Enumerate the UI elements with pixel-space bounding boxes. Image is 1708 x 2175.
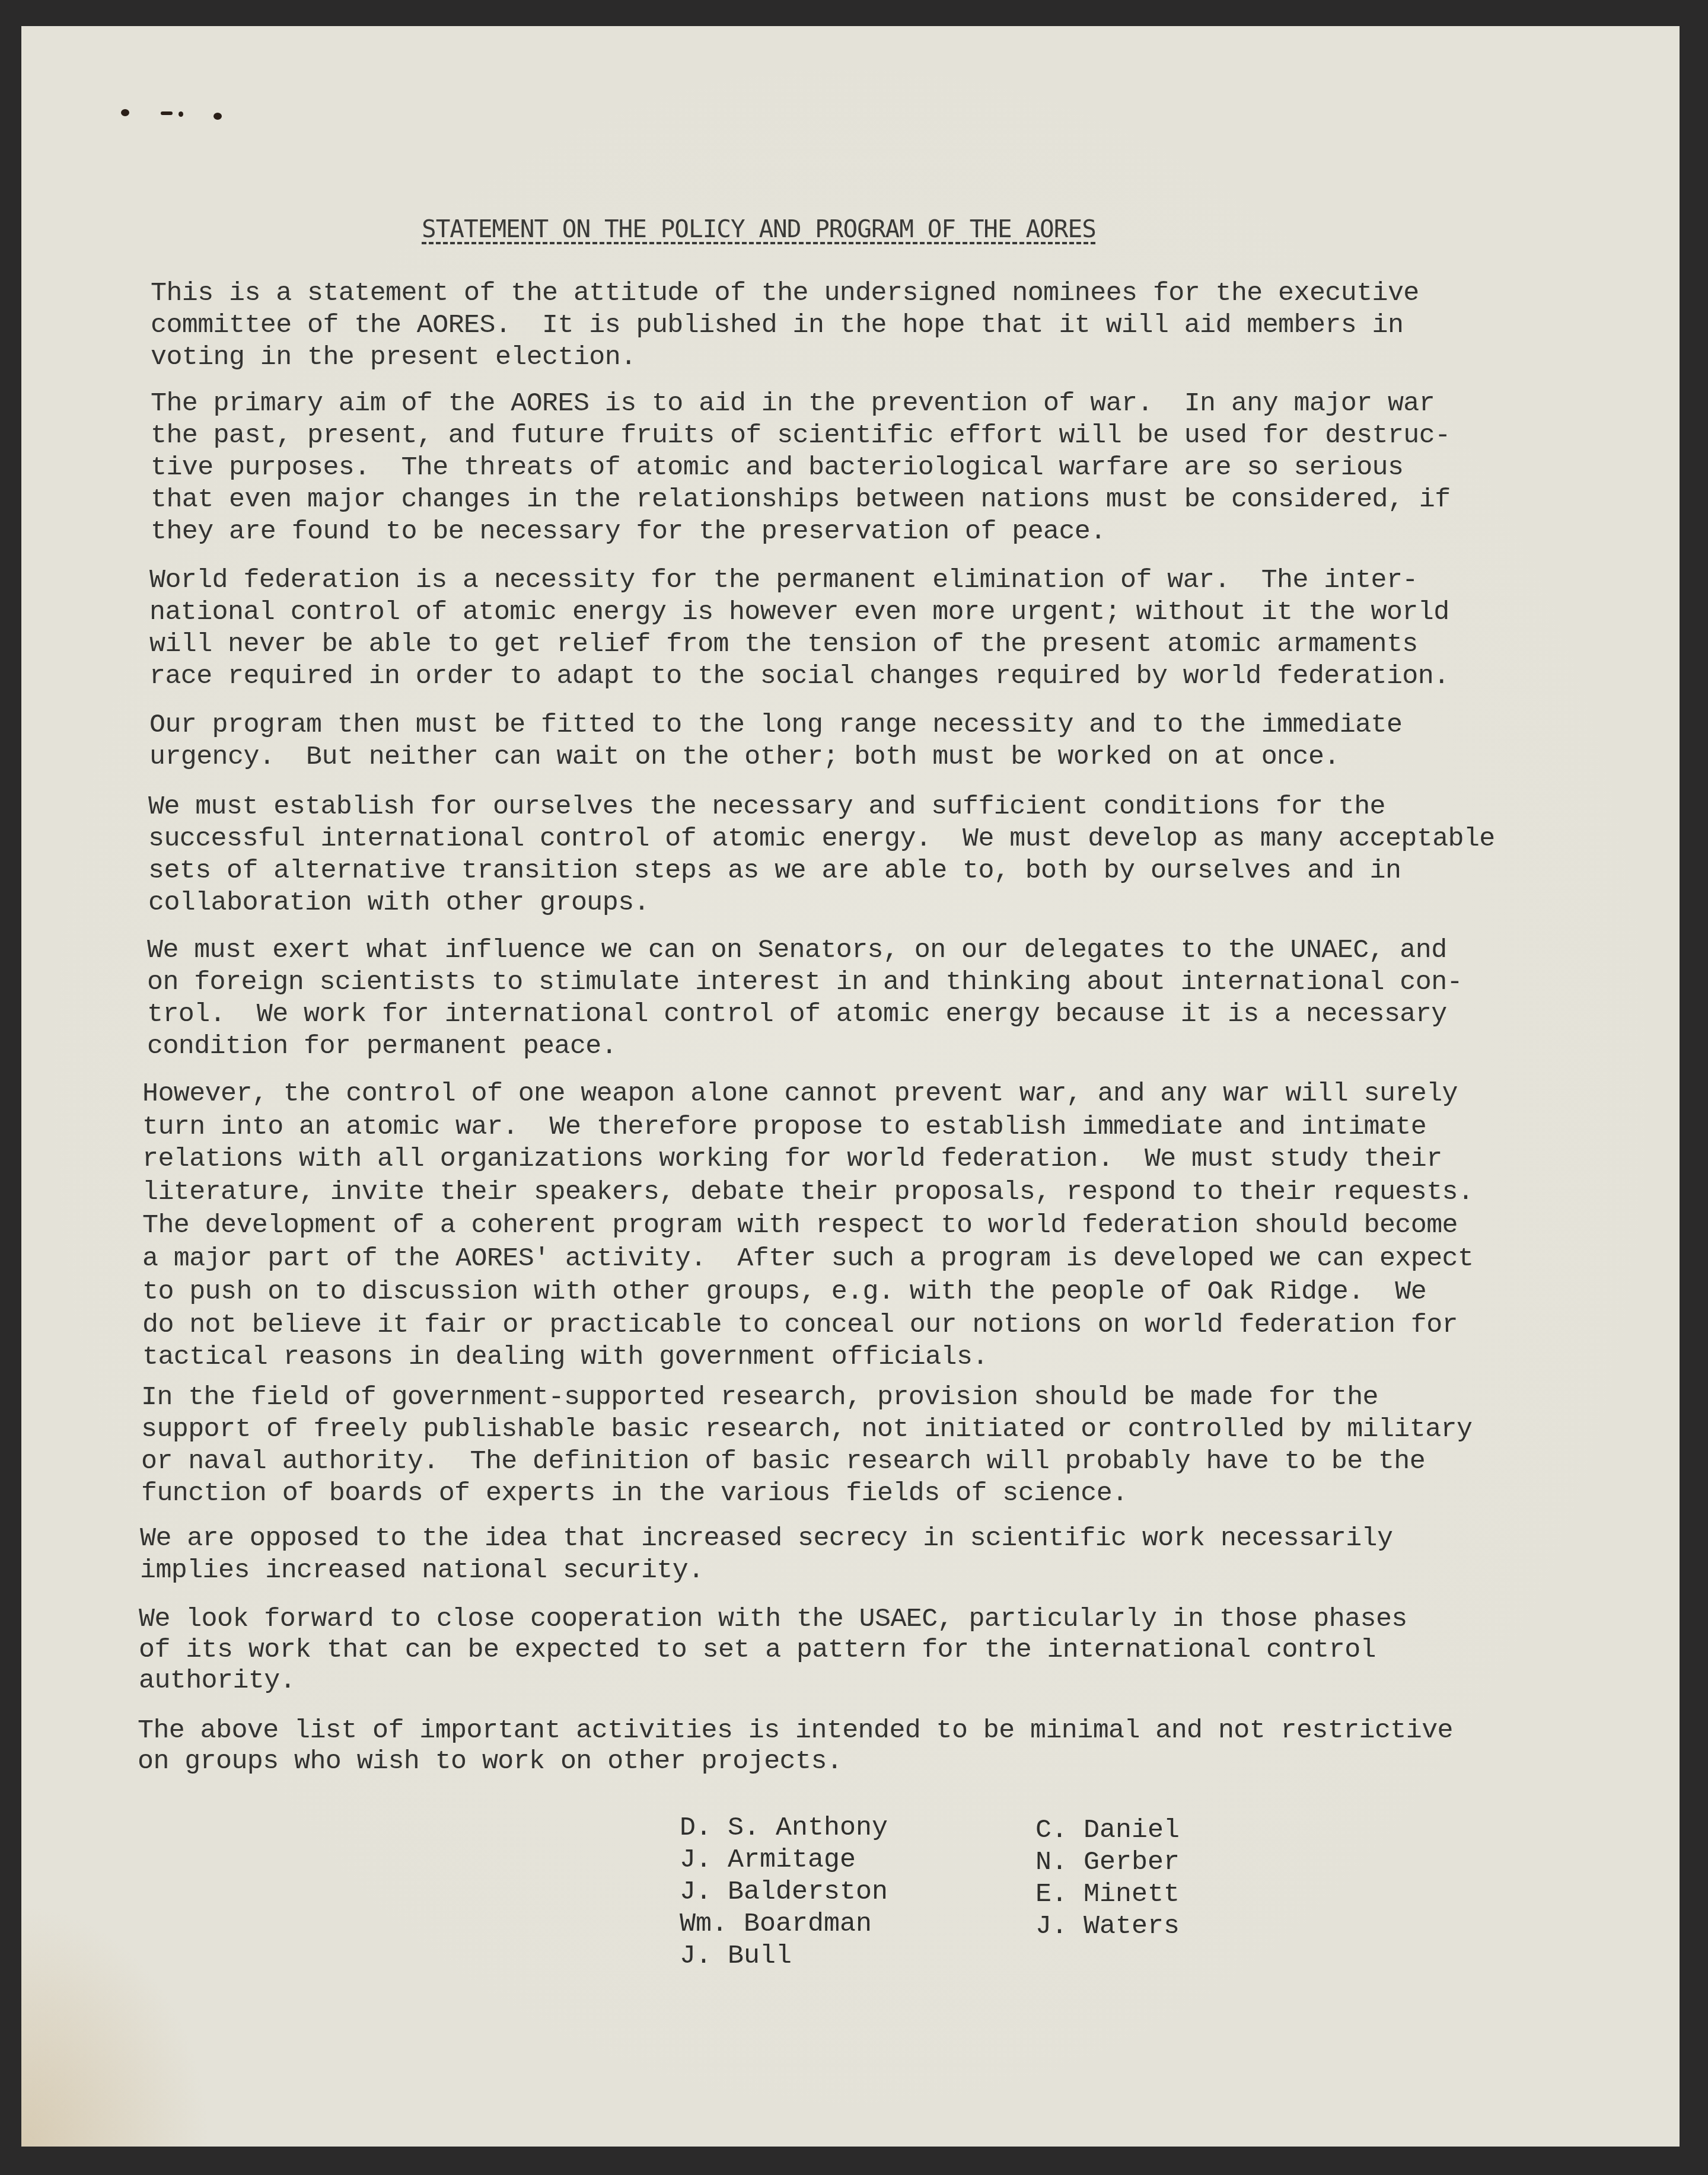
paragraph-line: voting in the present election. xyxy=(151,342,636,374)
document-title: STATEMENT ON THE POLICY AND PROGRAM OF T… xyxy=(422,215,1096,243)
paragraph-line: of its work that can be expected to set … xyxy=(139,1634,1376,1666)
paragraph-line: that even major changes in the relations… xyxy=(151,484,1451,516)
paragraph-line: the past, present, and future fruits of … xyxy=(151,420,1451,452)
paragraph-line: support of freely publishable basic rese… xyxy=(141,1414,1472,1446)
paragraph-line: World federation is a necessity for the … xyxy=(149,565,1418,597)
signatory-name: J. Waters xyxy=(1035,1911,1180,1943)
ink-stain-mark xyxy=(104,103,241,127)
paragraph-line: However, the control of one weapon alone… xyxy=(142,1078,1458,1110)
paragraph-line: In the field of government-supported res… xyxy=(141,1382,1378,1414)
signatory-name: J. Bull xyxy=(680,1940,792,1972)
paragraph-line: urgency. But neither can wait on the oth… xyxy=(149,741,1340,773)
paragraph-line: The above list of important activities i… xyxy=(138,1715,1453,1747)
paragraph-line: race required in order to adapt to the s… xyxy=(149,661,1449,693)
paragraph-line: Our program then must be fitted to the l… xyxy=(149,709,1402,741)
paragraph-line: on foreign scientists to stimulate inter… xyxy=(147,967,1462,999)
paragraph-line: This is a statement of the attitude of t… xyxy=(151,278,1419,310)
paragraph-line: or naval authority. The definition of ba… xyxy=(141,1446,1425,1478)
paragraph-line: relations with all organizations working… xyxy=(142,1143,1442,1175)
paragraph-line: literature, invite their speakers, debat… xyxy=(142,1176,1473,1208)
paragraph-line: condition for permanent peace. xyxy=(147,1031,617,1063)
document-page: STATEMENT ON THE POLICY AND PROGRAM OF T… xyxy=(21,26,1680,2147)
signatory-name: N. Gerber xyxy=(1035,1846,1180,1879)
signatory-name: J. Armitage xyxy=(680,1844,856,1876)
paragraph-line: committee of the AORES. It is published … xyxy=(151,310,1403,342)
signatory-name: E. Minett xyxy=(1035,1879,1180,1911)
paragraph-line: turn into an atomic war. We therefore pr… xyxy=(142,1111,1426,1143)
paragraph-line: tactical reasons in dealing with governm… xyxy=(142,1341,988,1373)
paragraph-line: a major part of the AORES' activity. Aft… xyxy=(142,1243,1473,1275)
paragraph-line: to push on to discussion with other grou… xyxy=(142,1276,1426,1308)
paragraph-line: national control of atomic energy is how… xyxy=(149,597,1449,629)
signatory-name: Wm. Boardman xyxy=(680,1908,872,1940)
paragraph-line: trol. We work for international control … xyxy=(147,999,1447,1031)
paragraph-line: The development of a coherent program wi… xyxy=(142,1210,1458,1242)
signatory-name: J. Balderston xyxy=(680,1876,888,1908)
paragraph-line: sets of alternative transition steps as … xyxy=(148,855,1401,887)
signatory-name: D. S. Anthony xyxy=(680,1812,888,1844)
signatory-name: C. Daniel xyxy=(1035,1814,1180,1846)
paragraph-line: do not believe it fair or practicable to… xyxy=(142,1309,1458,1341)
paragraph-line: We must establish for ourselves the nece… xyxy=(148,791,1385,823)
paragraph-line: will never be able to get relief from th… xyxy=(149,629,1418,661)
paragraph-line: tive purposes. The threats of atomic and… xyxy=(151,452,1403,484)
paragraph-line: The primary aim of the AORES is to aid i… xyxy=(151,388,1435,420)
paragraph-line: We are opposed to the idea that increase… xyxy=(140,1523,1392,1555)
paragraph-line: We look forward to close cooperation wit… xyxy=(139,1603,1407,1635)
paragraph-line: function of boards of experts in the var… xyxy=(141,1478,1127,1510)
paragraph-line: on groups who wish to work on other proj… xyxy=(138,1746,842,1778)
paragraph-line: We must exert what influence we can on S… xyxy=(147,935,1447,967)
paragraph-line: they are found to be necessary for the p… xyxy=(151,516,1106,548)
paragraph-line: collaboration with other groups. xyxy=(148,887,649,919)
paragraph-line: successful international control of atom… xyxy=(148,823,1495,855)
paragraph-line: implies increased national security. xyxy=(140,1555,704,1587)
paragraph-line: authority. xyxy=(139,1665,295,1697)
